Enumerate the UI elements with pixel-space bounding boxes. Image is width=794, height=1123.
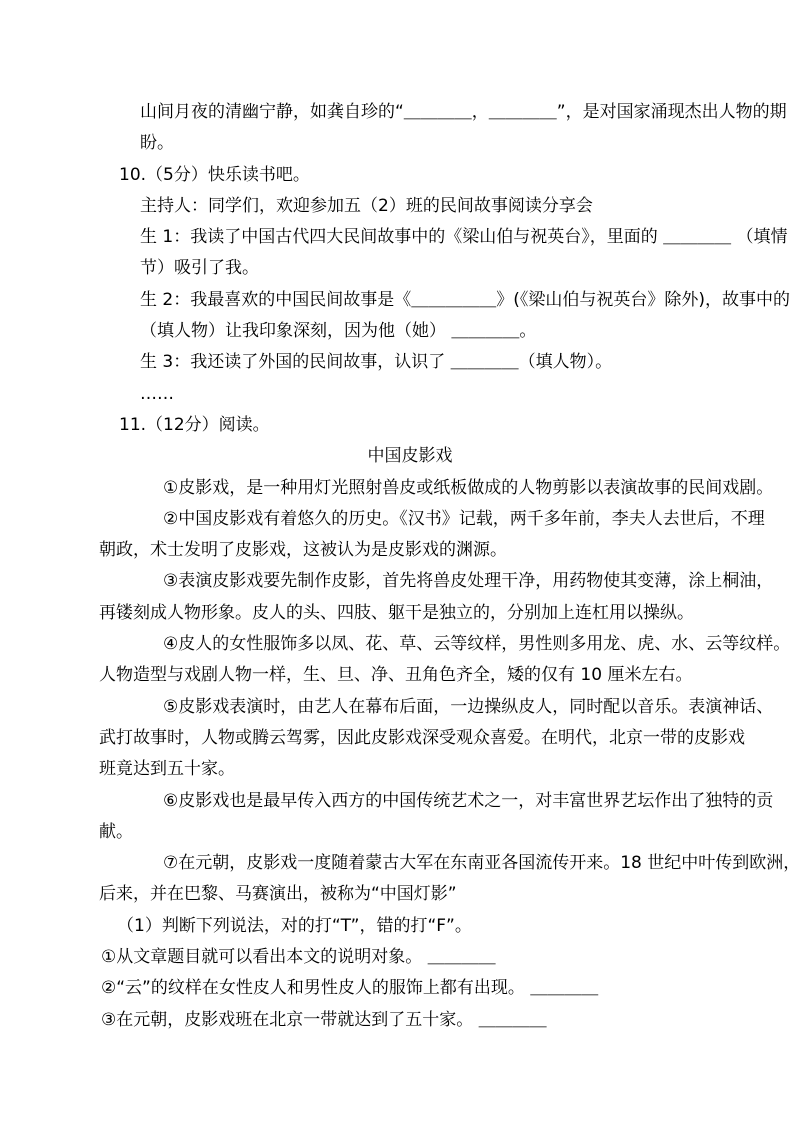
- q10-student3-line: 生 3：我还读了外国的民间故事，认识了 ＿＿＿＿（填人物）。: [0, 347, 794, 378]
- passage-p4-line-2: 人物造型与戏剧人物一样，生、旦、净、丑角色齐全，矮的仅有 10 厘米左右。: [0, 660, 794, 691]
- passage-p2-line-2: 朝政，术士发明了皮影戏，这被认为是皮影戏的渊源。: [0, 535, 794, 566]
- passage-p5-line-1: ⑤皮影戏表演时，由艺人在幕布后面，一边操纵皮人，同时配以音乐。表演神话、: [0, 692, 794, 723]
- passage-p3-line-1: ③表演皮影戏要先制作皮影，首先将兽皮处理干净，用药物使其变薄，涂上桐油，: [0, 566, 794, 597]
- q10-student1-line-2: 节）吸引了我。: [0, 253, 794, 284]
- q11-sub1-heading: （1）判断下列说法，对的打“T”，错的打“F”。: [0, 911, 794, 942]
- passage-p2-line-1: ②中国皮影戏有着悠久的历史。《汉书》记载，两千多年前，李夫人去世后，不理: [0, 504, 794, 535]
- passage-p5-line-2: 武打故事时，人物或腾云驾雾，因此皮影戏深受观众喜爱。在明代，北京一带的皮影戏: [0, 723, 794, 754]
- passage-p5-line-3: 班竟达到五十家。: [0, 754, 794, 785]
- passage-p7-line-1: ⑦在元朝，皮影戏一度随着蒙古大军在东南亚各国流传开来。18 世纪中叶传到欧洲，: [0, 848, 794, 879]
- passage-p1-line-1: ①皮影戏，是一种用灯光照射兽皮或纸板做成的人物剪影以表演故事的民间戏剧。: [0, 473, 794, 504]
- q11-sub1-judgment-3: ③在元朝，皮影戏班在北京一带就达到了五十家。 ＿＿＿＿: [0, 1005, 794, 1036]
- passage-p6-line-2: 献。: [0, 817, 794, 848]
- q10-student1-line-1: 生 1：我读了中国古代四大民间故事中的《梁山伯与祝英台》，里面的 ＿＿＿＿ （填…: [0, 222, 794, 253]
- q10-ellipsis: ……: [0, 379, 794, 410]
- q10-student2-line-1: 生 2：我最喜欢的中国民间故事是《＿＿＿＿＿》(《梁山伯与祝英台》除外)，故事中…: [0, 285, 794, 316]
- passage-title: 中国皮影戏: [0, 441, 794, 472]
- q9-continuation-line-2: 盼。: [0, 128, 794, 159]
- passage-p4-line-1: ④皮人的女性服饰多以凤、花、草、云等纹样，男性则多用龙、虎、水、云等纹样。: [0, 629, 794, 660]
- q11-sub1-judgment-1: ①从文章题目就可以看出本文的说明对象。 ＿＿＿＿: [0, 942, 794, 973]
- q10-heading: 10.（5分）快乐读书吧。: [0, 160, 794, 191]
- exam-content: 山间月夜的清幽宁静，如龚自珍的“＿＿＿＿，＿＿＿＿”，是对国家涌现杰出人物的期 …: [0, 0, 794, 1036]
- passage-p3-line-2: 再镂刻成人物形象。皮人的头、四肢、躯干是独立的，分别加上连杠用以操纵。: [0, 598, 794, 629]
- exam-page: 山间月夜的清幽宁静，如龚自珍的“＿＿＿＿，＿＿＿＿”，是对国家涌现杰出人物的期 …: [0, 0, 794, 1123]
- q11-sub1-judgment-2: ②“云”的纹样在女性皮人和男性皮人的服饰上都有出现。 ＿＿＿＿: [0, 973, 794, 1004]
- passage-p6-line-1: ⑥皮影戏也是最早传入西方的中国传统艺术之一，对丰富世界艺坛作出了独特的贡: [0, 786, 794, 817]
- q11-heading: 11.（12分）阅读。: [0, 410, 794, 441]
- q9-continuation-line-1: 山间月夜的清幽宁静，如龚自珍的“＿＿＿＿，＿＿＿＿”，是对国家涌现杰出人物的期: [0, 97, 794, 128]
- q10-host-line: 主持人：同学们，欢迎参加五（2）班的民间故事阅读分享会: [0, 191, 794, 222]
- q10-student2-line-2: （填人物）让我印象深刻，因为他（她） ＿＿＿＿。: [0, 316, 794, 347]
- passage-p7-line-2: 后来，并在巴黎、马赛演出，被称为“中国灯影”: [0, 879, 794, 910]
